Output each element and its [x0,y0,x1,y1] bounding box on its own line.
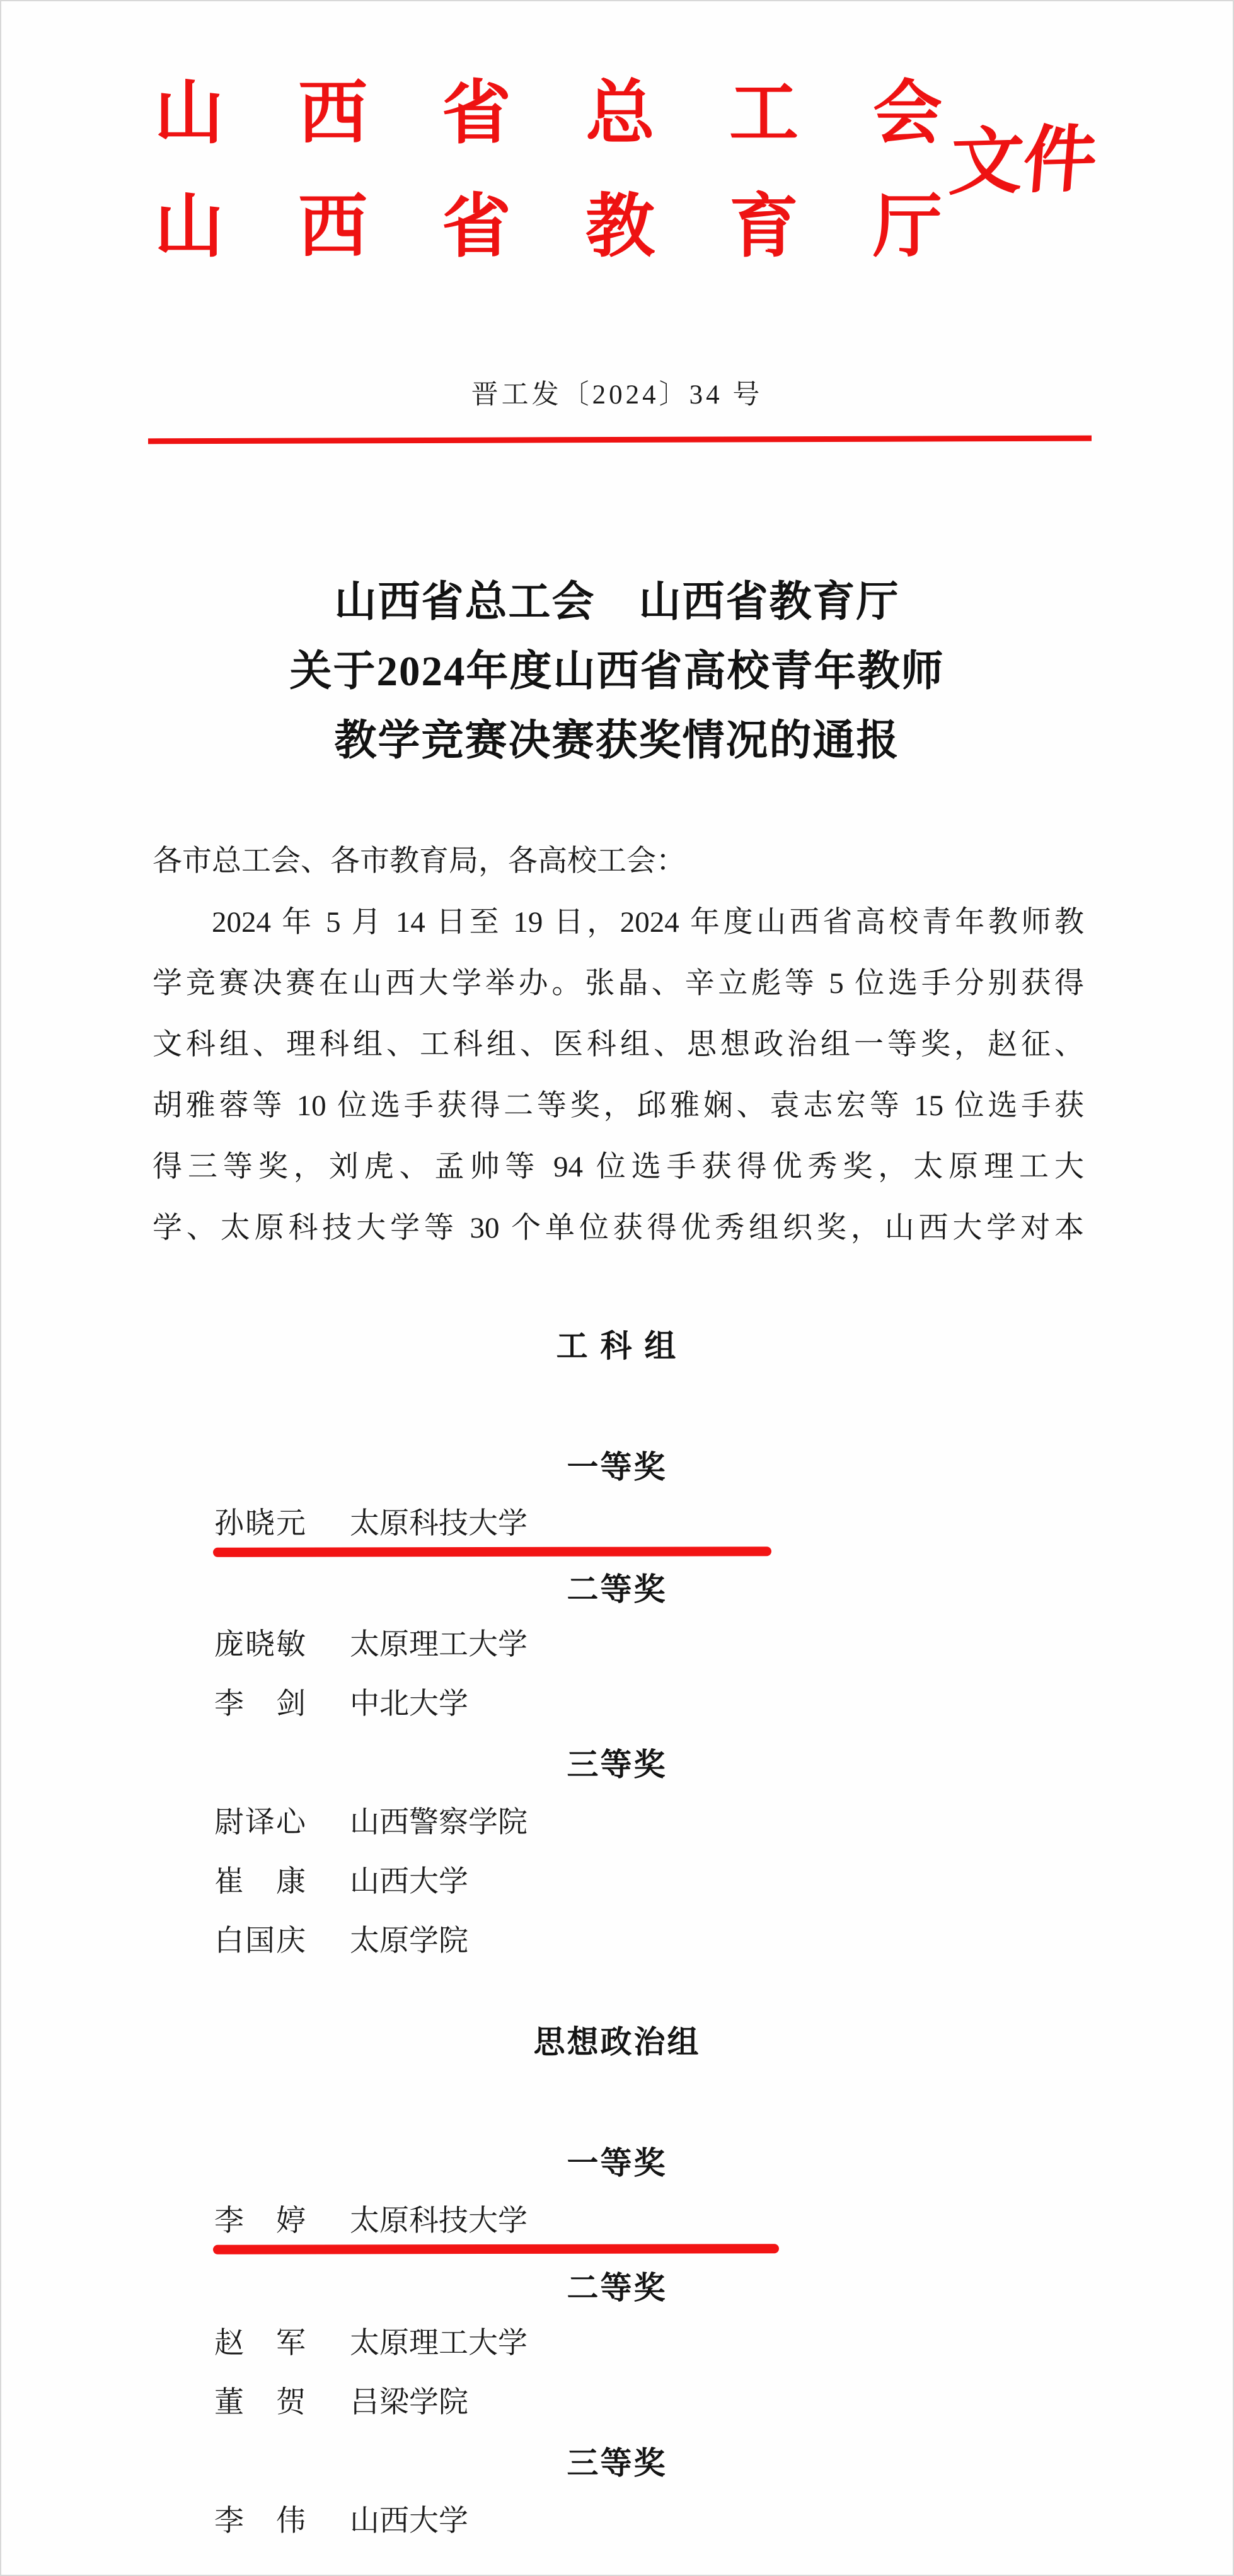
award-level-third-prize: 三等奖 [1,2446,1233,2480]
paragraph-line: 文科组、理科组、工科组、医科组、思想政治组一等奖，赵征、 [153,1014,1084,1076]
winner-org: 山西警察学院 [350,1807,528,1838]
winner-org: 山西大学 [350,1866,468,1898]
winner-org: 太原理工大学 [350,2328,528,2359]
winner-name: 孙晓元 [214,1508,306,1540]
letterhead-doc-type-label: 文件 [947,122,1100,202]
paragraph-line: 学竞赛决赛在山西大学举办。张晶、辛立彪等 5 位选手分别获得 [153,953,1084,1014]
title-line-1: 山西省总工会 山西省教育厅 [1,567,1233,637]
winner-org: 太原学院 [350,1925,468,1957]
winner-org: 山西大学 [350,2505,468,2537]
winner-row: 赵 军 太原理工大学 [214,2328,528,2359]
letterhead-org-line-2: 山 西 省 教 育 厅 [154,192,942,262]
red-separator-line [148,436,1092,444]
winner-row: 李 婷 太原科技大学 [214,2205,528,2237]
winner-org: 太原科技大学 [350,2205,528,2237]
winner-name: 李 剑 [214,1688,306,1720]
winner-org: 太原理工大学 [350,1629,528,1661]
section-group-title-political: 思想政治组 [1,2025,1233,2059]
award-level-second-prize: 二等奖 [1,1572,1233,1606]
winner-name: 李 伟 [214,2505,306,2537]
award-level-first-prize: 一等奖 [1,2146,1233,2180]
winner-name: 李 婷 [214,2205,306,2237]
winner-name: 董 贺 [214,2387,306,2418]
doc-number: 晋工发〔2024〕34 号 [1,381,1233,410]
document-title: 山西省总工会 山西省教育厅 关于2024年度山西省高校青年教师 教学竞赛决赛获奖… [1,567,1233,775]
winner-name: 赵 军 [214,2328,306,2359]
title-line-3: 教学竞赛决赛获奖情况的通报 [1,706,1233,775]
letterhead-org-line-1: 山 西 省 总 工 会 [154,78,942,149]
paragraph-line: 学、太原科技大学等 30 个单位获得优秀组织奖，山西大学对本 [153,1198,1084,1259]
winner-row: 尉译心 山西警察学院 [214,1807,528,1838]
document-page: 山 西 省 总 工 会 山 西 省 教 育 厅 文件 晋工发〔2024〕34 号… [0,0,1234,2576]
winner-name: 崔 康 [214,1866,306,1898]
winner-name: 白国庆 [214,1925,306,1957]
award-level-first-prize: 一等奖 [1,1450,1233,1484]
winner-org: 太原科技大学 [350,1508,528,1540]
winner-name: 尉译心 [214,1807,306,1838]
winner-row: 董 贺 吕梁学院 [214,2387,468,2418]
winner-org: 中北大学 [350,1688,468,1720]
section-group-title-engineering: 工 科 组 [1,1329,1233,1363]
winner-row: 李 剑 中北大学 [214,1688,468,1720]
paragraph-line: 胡雅蓉等 10 位选手获得二等奖，邱雅娴、袁志宏等 15 位选手获 [153,1076,1084,1137]
body-text: 各市总工会、各市教育局，各高校工会： 2024 年 5 月 14 日至 19 日… [153,831,1084,1259]
winner-org: 吕梁学院 [350,2387,468,2418]
title-line-2: 关于2024年度山西省高校青年教师 [1,637,1233,706]
red-underline-marker [213,2244,779,2254]
winner-row: 崔 康 山西大学 [214,1866,468,1898]
award-level-second-prize: 二等奖 [1,2271,1233,2305]
award-level-third-prize: 三等奖 [1,1748,1233,1782]
winner-row: 孙晓元 太原科技大学 [214,1508,528,1540]
winner-row: 庞晓敏 太原理工大学 [214,1629,528,1661]
red-underline-marker [213,1546,771,1557]
salutation-line: 各市总工会、各市教育局，各高校工会： [153,831,1084,892]
winner-name: 庞晓敏 [214,1629,306,1661]
paragraph-line: 2024 年 5 月 14 日至 19 日，2024 年度山西省高校青年教师教 [153,892,1084,953]
winner-row: 李 伟 山西大学 [214,2505,468,2537]
paragraph-line: 得三等奖，刘虎、孟帅等 94 位选手获得优秀奖，太原理工大 [153,1137,1084,1198]
winner-row: 白国庆 太原学院 [214,1925,468,1957]
